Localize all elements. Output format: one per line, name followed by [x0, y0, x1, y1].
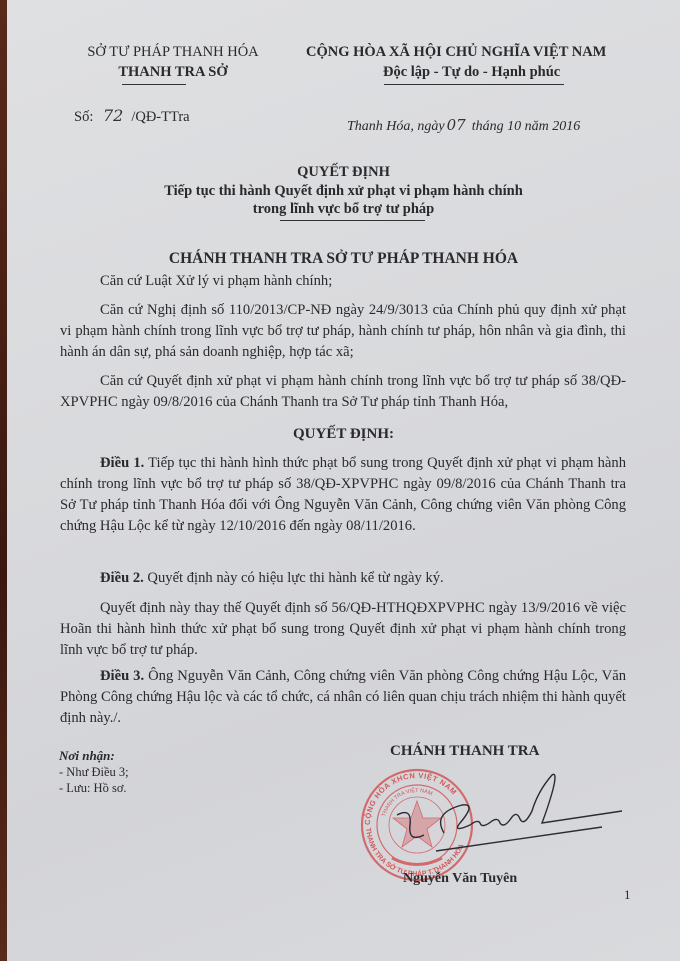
stamp-seal-icon: [362, 770, 472, 880]
article-text: Ông Nguyễn Văn Cảnh, Công chứng viên Văn…: [60, 668, 626, 726]
signer-name: Nguyễn Văn Tuyên: [403, 871, 517, 887]
document-number: Số: 72/QĐ-TTra: [74, 106, 190, 126]
national-motto: Độc lập - Tự do - Hạnh phúc: [383, 64, 560, 81]
document-subtitle-line1: Tiếp tục thi hành Quyết định xử phạt vi …: [7, 183, 680, 200]
issue-date: Thanh Hóa, ngày07tháng 10 năm 2016: [347, 116, 580, 135]
signer-title: CHÁNH THANH TRA: [390, 743, 539, 760]
decision-heading: QUYẾT ĐỊNH:: [7, 426, 680, 443]
article-text: Tiếp tục thi hành hình thức phạt bổ sung…: [60, 455, 626, 534]
article-label: Điều 2.: [100, 570, 144, 586]
article-label: Điều 1.: [100, 455, 144, 471]
article-2-replacement: Quyết định này thay thế Quyết định số 56…: [60, 598, 626, 661]
number-label: Số:: [74, 109, 93, 125]
legal-basis-2: Căn cứ Nghị định số 110/2013/CP-NĐ ngày …: [60, 300, 626, 363]
recipient-item: - Lưu: Hồ sơ.: [59, 781, 127, 796]
number-handwritten: 72: [103, 106, 123, 125]
basis-text: Căn cứ Quyết định xử phạt vi phạm hành c…: [60, 371, 626, 413]
article-1: Điều 1. Tiếp tục thi hành hình thức phạt…: [60, 453, 626, 537]
country-name: CỘNG HÒA XÃ HỘI CHỦ NGHĨA VIỆT NAM: [306, 44, 606, 61]
recipient-item: - Như Điều 3;: [59, 765, 129, 780]
page-mark: 1: [624, 887, 631, 903]
background-table-edge: [0, 0, 7, 961]
date-suffix: tháng 10 năm 2016: [472, 119, 581, 134]
official-stamp-and-signature: CỘNG HÒA XHCN VIỆT NAM THANH TRA SỞ TƯ P…: [352, 763, 642, 883]
motto-underline: [384, 84, 564, 85]
document-subtitle-line2: trong lĩnh vực bổ trợ tư pháp: [7, 201, 680, 218]
agency-name: SỞ TƯ PHÁP THANH HÓA: [73, 44, 273, 61]
basis-text: Căn cứ Nghị định số 110/2013/CP-NĐ ngày …: [60, 300, 626, 363]
legal-basis-3: Căn cứ Quyết định xử phạt vi phạm hành c…: [60, 371, 626, 413]
unit-name: THANH TRA SỞ: [73, 64, 273, 81]
recipients-label: Nơi nhận:: [59, 748, 115, 764]
article-text: Quyết định này có hiệu lực thi hành kể t…: [144, 570, 444, 586]
article-label: Điều 3.: [100, 668, 144, 684]
date-prefix: Thanh Hóa, ngày: [347, 119, 445, 134]
article-3: Điều 3. Ông Nguyễn Văn Cảnh, Công chứng …: [60, 666, 626, 729]
document-page: SỞ TƯ PHÁP THANH HÓA THANH TRA SỞ Số: 72…: [7, 0, 680, 961]
article-text: Quyết định này thay thế Quyết định số 56…: [60, 600, 626, 658]
day-handwritten: 07: [447, 116, 466, 134]
issuing-authority: CHÁNH THANH TRA SỞ TƯ PHÁP THANH HÓA: [7, 250, 680, 268]
article-2: Điều 2. Quyết định này có hiệu lực thi h…: [60, 568, 626, 589]
basis-text: Căn cứ Luật Xử lý vi phạm hành chính;: [100, 271, 625, 292]
unit-underline: [122, 84, 186, 85]
handwritten-signature-icon: [397, 774, 622, 851]
number-suffix: /QĐ-TTra: [131, 109, 189, 125]
legal-basis-1: Căn cứ Luật Xử lý vi phạm hành chính;: [100, 271, 625, 292]
document-title: QUYẾT ĐỊNH: [7, 164, 680, 181]
title-underline: [280, 220, 425, 221]
